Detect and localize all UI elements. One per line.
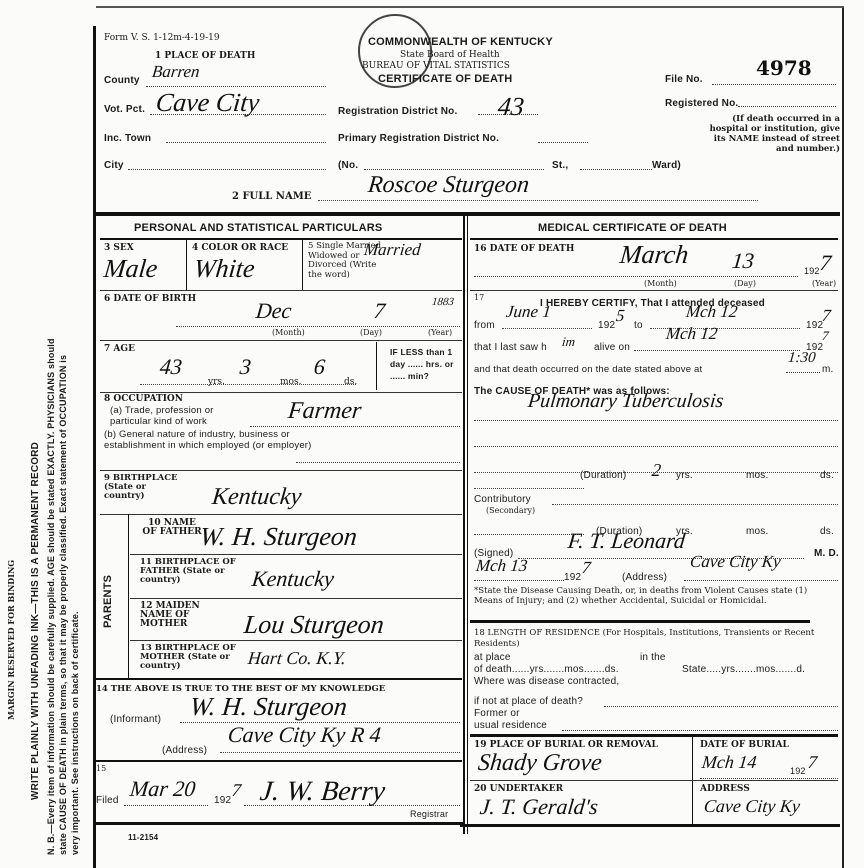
occupation-b-field[interactable]: [296, 452, 460, 463]
duration-mos-label: mos.: [746, 470, 768, 481]
dob-field[interactable]: [176, 316, 460, 327]
death-time-label: and that death occurred on the date stat…: [474, 364, 702, 375]
column-divider-inner: [467, 216, 468, 834]
mother-birthplace-label: 13 BIRTHPLACE OF MOTHER (State or countr…: [140, 644, 240, 671]
where-contracted-label: Where was disease contracted,: [474, 676, 619, 687]
hospital-note: (If death occurred in a hospital or inst…: [700, 114, 840, 154]
parents-side-divider: [128, 514, 129, 678]
filed-rule-top: [96, 760, 462, 762]
mother-birthplace-value: Hart Co. K.Y.: [247, 648, 347, 669]
registered-no-label: Registered No.: [665, 98, 738, 109]
alive-on-label: alive on: [594, 342, 630, 353]
certify-rule-top: [470, 290, 838, 291]
signed-year-suffix: 7: [581, 558, 592, 578]
page-border-right: [842, 6, 844, 868]
header-divider: [96, 212, 840, 216]
certify-number: 17: [474, 293, 484, 302]
registrar-signature: J. W. Berry: [258, 776, 386, 808]
less-than-day-label: IF LESS than 1 day ...... hrs. or ......…: [390, 346, 462, 382]
inc-town-field[interactable]: [166, 130, 326, 143]
contributory-label: Contributory: [474, 494, 531, 505]
physician-address-value: Cave City Ky: [689, 552, 782, 572]
cause-value: Pulmonary Tuberculosis: [527, 390, 725, 413]
cause-field-2[interactable]: [474, 436, 838, 447]
occupation-rule-top: [100, 392, 462, 393]
page-border-left: [93, 26, 96, 868]
form-code: 11-2154: [128, 833, 158, 842]
signed-date-value: Mch 13: [475, 556, 529, 576]
inc-town-label: Inc. Town: [104, 133, 151, 144]
birthplace-label: 9 BIRTHPLACE (State or country): [104, 474, 184, 501]
dob-rule-top: [100, 290, 462, 291]
attended-to-year-suffix: 7: [821, 306, 832, 326]
street-field[interactable]: [364, 157, 544, 170]
disease-contracted-field[interactable]: [604, 696, 838, 707]
sex-race-divider: [186, 240, 187, 290]
margin-nb-line3: very important. See instructions on back…: [70, 611, 80, 855]
duration-yrs-value: 2: [651, 460, 662, 481]
full-name-label: 2 FULL NAME: [232, 191, 311, 202]
dod-month-caption: (Month): [644, 279, 677, 288]
race-label: 4 COLOR OR RACE: [192, 243, 288, 253]
burial-date-field[interactable]: [700, 772, 838, 779]
attended-from-year-suffix: 5: [615, 306, 626, 326]
last-saw-label: that I last saw h: [474, 342, 547, 353]
dod-year-caption: (Year): [812, 279, 836, 288]
dob-month-value: Dec: [255, 298, 293, 324]
duration-ds-label: ds.: [820, 470, 834, 481]
last-saw-year-suffix: 7: [821, 328, 829, 344]
parents-label: PARENTS: [102, 575, 114, 628]
burial-date-value: Mch 14: [701, 752, 758, 773]
duration-yrs-label: yrs.: [676, 470, 693, 481]
sex-label: 3 SEX: [104, 243, 134, 253]
undertaker-rule-top: [470, 780, 838, 781]
occupation-a-value: Farmer: [287, 398, 363, 425]
primary-reg-field[interactable]: [538, 130, 588, 143]
filed-year-prefix: 192: [214, 795, 231, 806]
attended-to-label: to: [634, 320, 643, 331]
county-value: Barren: [151, 62, 201, 82]
death-time-value: 1:30: [787, 350, 816, 367]
race-value: White: [192, 254, 256, 284]
md-label: M. D.: [814, 548, 839, 559]
contributory-field[interactable]: [552, 494, 838, 505]
attended-to-value: Mch 12: [685, 302, 739, 322]
usual-residence-label: usual residence: [474, 720, 547, 731]
death-time-m-label: m.: [822, 364, 834, 375]
margin-nb-line1: N. B.—Every item of information should b…: [46, 338, 56, 855]
birthplace-rule-top: [100, 470, 462, 471]
occupation-b-label: (b) General nature of industry, business…: [104, 429, 324, 451]
occupation-a-label: (a) Trade, profession or particular kind…: [110, 405, 250, 427]
city-label: City: [104, 160, 124, 171]
vot-pct-value: Cave City: [154, 88, 260, 118]
margin-reserved-text: MARGIN RESERVED FOR BINDING: [6, 560, 16, 720]
margin-nb-line2: state CAUSE OF DEATH in plain terms, so …: [58, 355, 68, 855]
undertaker-value: J. T. Gerald's: [479, 794, 600, 820]
age-years-caption: yrs.: [208, 377, 225, 387]
birthplace-value: Kentucky: [211, 484, 303, 511]
street-label: St.,: [552, 160, 568, 171]
dod-year-prefix: 192: [804, 266, 820, 276]
contributory-mos-label: mos.: [746, 526, 768, 537]
mother-maiden-rule: [130, 598, 462, 599]
occupation-label: 8 OCCUPATION: [104, 394, 183, 404]
ward-label: Ward): [652, 160, 681, 171]
informant-rule-top: [96, 678, 462, 680]
father-birthplace-value: Kentucky: [251, 566, 336, 592]
signed-year-prefix: 192: [564, 572, 581, 583]
father-birthplace-rule: [130, 554, 462, 555]
column-divider: [463, 216, 465, 834]
medical-section-title: MEDICAL CERTIFICATE OF DEATH: [538, 222, 727, 234]
dod-month-value: March: [618, 240, 690, 270]
burial-date-label: DATE OF BURIAL: [700, 740, 789, 750]
age-rule-top: [100, 340, 462, 341]
if-not-label: if not at place of death?: [474, 696, 583, 707]
burial-date-divider: [692, 737, 693, 825]
filed-label: Filed: [96, 795, 119, 806]
sex-value: Male: [102, 254, 159, 284]
usual-residence-field[interactable]: [562, 720, 838, 731]
father-name-value: W. H. Sturgeon: [198, 522, 358, 552]
cause-footnote: *State the Disease Causing Death, or, in…: [474, 586, 838, 606]
street-no-label: (No.: [338, 160, 358, 171]
last-saw-date-value: Mch 12: [665, 324, 719, 344]
duration-blank[interactable]: [474, 478, 584, 489]
title-commonwealth: COMMONWEALTH OF KENTUCKY: [368, 36, 553, 48]
burial-place-value: Shady Grove: [477, 750, 604, 777]
attended-from-value: June 1: [505, 302, 552, 322]
duration-label: (Duration): [580, 470, 626, 481]
burial-year-suffix: 7: [807, 752, 818, 773]
dod-day-caption: (Day): [734, 279, 756, 288]
residence-label: 18 LENGTH OF RESIDENCE (For Hospitals, I…: [474, 628, 838, 650]
registrar-label: Registrar: [410, 809, 448, 819]
personal-section-title: PERSONAL AND STATISTICAL PARTICULARS: [134, 222, 382, 234]
residence-rule-top: [470, 620, 810, 623]
age-less-divider: [376, 342, 377, 390]
filed-number: 15: [96, 764, 106, 773]
primary-reg-label: Primary Registration District No.: [338, 133, 499, 144]
attended-from-label: from: [474, 320, 495, 331]
burial-rule-top: [470, 734, 838, 737]
age-years-value: 43: [159, 354, 184, 380]
age-label: 7 AGE: [104, 344, 135, 354]
in-the-label: in the: [640, 652, 666, 663]
filed-year-suffix: 7: [231, 780, 242, 801]
title-bureau: BUREAU OF VITAL STATISTICS: [362, 61, 510, 71]
city-field[interactable]: [128, 157, 326, 170]
dod-label: 16 DATE OF DEATH: [474, 244, 574, 254]
undertaker-label: 20 UNDERTAKER: [474, 784, 563, 794]
dob-month-caption: (Month): [272, 328, 305, 337]
burial-year-prefix: 192: [790, 766, 806, 776]
marital-value: Married: [363, 240, 422, 260]
informant-value: W. H. Sturgeon: [188, 692, 348, 722]
county-label: County: [104, 75, 140, 86]
right-bottom-rule: [460, 824, 840, 827]
informant-label: (Informant): [110, 714, 161, 725]
former-label: Former or: [474, 708, 520, 719]
filed-date-value: Mar 20: [129, 776, 197, 802]
physician-signature: F. T. Leonard: [567, 528, 687, 554]
age-days-caption: ds.: [344, 377, 357, 387]
file-no-label: File No.: [665, 74, 703, 85]
page-border-top: [96, 6, 844, 8]
state-residence[interactable]: State.....yrs.......mos.......d.: [682, 664, 805, 675]
contributory-duration-blank[interactable]: [474, 524, 584, 535]
contributory-ds-label: ds.: [820, 526, 834, 537]
race-marital-divider: [302, 240, 303, 290]
undertaker-address-label: ADDRESS: [700, 784, 750, 794]
full-name-value: Roscoe Sturgeon: [367, 172, 531, 199]
mother-maiden-value: Lou Sturgeon: [242, 610, 385, 640]
margin-write-plainly-text: WRITE PLAINLY WITH UNFADING INK—THIS IS …: [30, 442, 41, 800]
reg-district-label: Registration District No.: [338, 106, 457, 117]
title-certificate: CERTIFICATE OF DEATH: [378, 73, 512, 85]
undertaker-address-value: Cave City Ky: [703, 796, 801, 817]
place-of-death-label: 1 PLACE OF DEATH: [155, 51, 255, 61]
registered-no-field[interactable]: [738, 94, 836, 107]
father-birthplace-label: 11 BIRTHPLACE OF FATHER (State or countr…: [140, 558, 240, 585]
last-saw-date-field[interactable]: [634, 340, 800, 351]
left-bottom-rule: [96, 822, 464, 825]
dod-year-suffix: 7: [819, 250, 833, 276]
burial-label: 19 PLACE OF BURIAL OR REMOVAL: [474, 740, 658, 750]
mother-maiden-label: 12 MAIDEN NAME OF MOTHER: [140, 602, 230, 629]
parents-rule-top: [100, 514, 462, 515]
informant-address-label: (Address): [162, 745, 207, 756]
dob-day-caption: (Day): [360, 328, 382, 337]
of-death-residence[interactable]: of death......yrs.......mos.......ds.: [474, 664, 619, 675]
vot-pct-label: Vot. Pct.: [104, 104, 145, 115]
dob-year-value: 1883: [431, 296, 454, 308]
mother-birthplace-rule: [130, 640, 462, 641]
last-saw-pronoun: im: [561, 334, 576, 350]
at-place-label: at place: [474, 652, 511, 663]
title-board: State Board of Health: [400, 50, 500, 60]
dob-label: 6 DATE OF BIRTH: [104, 294, 196, 304]
ward-field[interactable]: [580, 157, 652, 170]
contributory-sub: (Secondary): [486, 506, 535, 515]
dob-year-caption: (Year): [428, 328, 452, 337]
dod-day-value: 13: [731, 248, 756, 274]
file-no-value: 4978: [756, 56, 812, 80]
physician-address-label: (Address): [622, 572, 667, 583]
form-id: Form V. S. 1-12m-4-19-19: [104, 33, 220, 43]
informant-address-value: Cave City Ky R 4: [227, 722, 382, 748]
attended-from-year-prefix: 192: [598, 320, 615, 331]
reg-district-value: 43: [496, 92, 525, 122]
father-name-label: 10 NAME OF FATHER: [142, 519, 202, 537]
age-months-caption: mos.: [280, 377, 301, 387]
